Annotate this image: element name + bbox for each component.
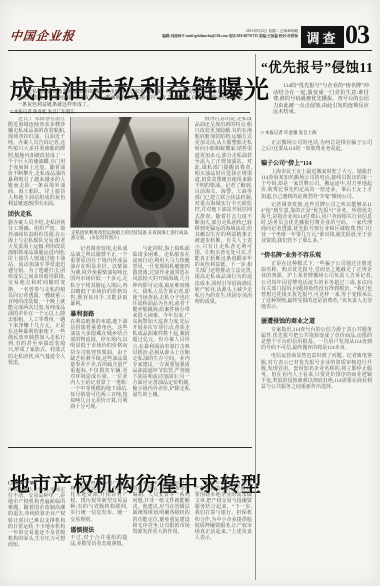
photo-credit: (本报资料图片) (90, 235, 119, 240)
section-divider-rule (8, 447, 252, 448)
right-paragraph: 正是在这种模式下,一些骗子公司通过注册近似名称、购买优先报号,堂而皇之地截走了正… (261, 262, 372, 311)
main-article-body: 近日,广东海警在湛江附近海域连续查获多艘涉嫌走私成品油的改装船舶,现场查扣红油、… (8, 117, 252, 445)
photo-caption: 走私团伙利用改装运油船上的过驳设备,在夜间海上进行成品油交易。 (本报资料图片) (71, 230, 188, 241)
header-info: 2011年8月2日 星期二 总第4656期 编辑:刘凌林 E-mail:qybd… (160, 29, 298, 39)
right-subhead-3: 屡遭侵蚀的商业之道 (261, 316, 372, 325)
right-paragraph: 正宗搬场公司的电话,为何总是排在骗子公司之后?这要从114的一项收费业务说起。 (261, 141, 372, 153)
article-photo (71, 117, 188, 227)
bottom-col-1: (上接第一版) 产权市场人士指出,市场定位不清、交易品种单一,是地市产权机构普遍… (8, 481, 65, 580)
main-col1-text-a: 近日,广东海警在湛江附近海域连续查获多艘涉嫌走私成品油的改装船舶,现场查扣红油、… (8, 117, 65, 207)
bottom-article-body: (上接第一版) 产权市场人士指出,市场定位不清、交易品种单一,是地市产权机构普遍… (8, 481, 252, 580)
header-contacts: 编辑:刘凌林 E-mail:qybdiaocha@126.com 电话:010-… (160, 34, 298, 39)
bottom-col-4: 业内专家则认为,地市产权机构的出路在于服务,要围绕本地企业的需求做文章,把产权交… (195, 481, 252, 580)
main-col2-text-a: 记者调查发现,走私成品油之所以屡禁不止,一个重要原因在于境内外成品油存在明显差价… (70, 247, 127, 307)
page-number: 03 (345, 20, 369, 50)
photo-caption-text: 走私团伙利用改装运油船上的过驳设备,在夜间海上进行成品油交易。 (71, 230, 188, 240)
right-paragraph: 记者调查发现,这些冒牌公司之所以能够从114“抢”到生意,靠的正是“优先报号”业… (261, 203, 372, 246)
right-paragraph: 电信运营商显然也意识到了问题。记者致电客服,对方表示已对优先报号企业的资质审核进… (261, 354, 372, 391)
main-subhead-2: 暴利套路 (70, 312, 127, 318)
main-col1-text-b: 据办案人员介绍,走私团伙分工明确、组织严密。境外油商负责组织货源,在公海上与走私… (8, 221, 65, 366)
continued-from-page-one: (上接第一版) (8, 481, 65, 487)
right-subhead-2: “傍名牌”业务不容乐观 (261, 250, 372, 259)
main-col-1: 近日,广东海警在湛江附近海域连续查获多艘涉嫌走私成品油的改装船舶,现场查扣红油、… (8, 117, 65, 445)
bottom-col-2: 面对困境,各地产权机构纷纷尝试转型。有的依托本地资源,开拓农村产权、排污权等新型… (70, 481, 127, 580)
right-subhead-1: 骗子公司“傍上”114 (261, 158, 372, 167)
main-subhead-1: 团伙走私 (8, 212, 65, 218)
bottom-col2-text-a: 面对困境,各地产权机构纷纷尝试转型。有的依托本地资源,开拓农村产权、排污权等新型… (70, 481, 127, 523)
right-article: “优先报号”侵蚀114 114的“优先报号”与企业的“傍名牌”冲动结合在一起,演… (261, 56, 372, 580)
vertical-divider-rule (255, 54, 256, 580)
newspaper-page: 中国企业报 2011年8月2日 星期二 总第4656期 编辑:刘凌林 E-mai… (0, 0, 380, 586)
bottom-col-3: 某地市产权交易中心负责人坦言,机构改革牵涉编制、人员安置等一系列问题,并非一纸文… (133, 481, 190, 580)
section-label: 调查 (301, 26, 344, 48)
bottom-subhead: 谨慎提法 (70, 528, 127, 534)
right-article-headline: “优先报号”侵蚀114 (261, 56, 372, 76)
right-paragraph: 上海市民王女士最近搬家时吃了大亏。她拨打114查询某知名搬场公司的电话,接线员报… (261, 170, 372, 200)
masthead-logo: 中国企业报 (9, 27, 76, 44)
right-article-lede: 114的“优先报号”与企业的“傍名牌”冲动结合在一起,演变成一门竞价生意:谁付费… (261, 83, 372, 116)
main-col2-text-b: 在利益链条的末端,地下油站扮演着重要角色。这些油站大多隐藏在城乡结合部的物流园、… (70, 320, 127, 410)
right-article-byline: □ 本报记者 许意强 发自上海 (261, 130, 372, 136)
bottom-col1-text: 产权市场人士指出,市场定位不清、交易品种单一,是地市产权机构普遍面临的难题。随着… (8, 488, 65, 548)
right-paragraph: 专家指出,114查号台的公信力源于其公共服务属性,优先报号把公共资源变成了竞价商… (261, 328, 372, 352)
main-col-4: 值得注意的是,走私成品油还呈现出新的特点:船只改装更加隐蔽,有的在渔船底舱加装暗… (195, 117, 252, 445)
header-rule (8, 50, 372, 51)
bottom-col2-text-b: 不过,对于合并重组的提法,多数受访者态度谨慎。 (70, 536, 127, 547)
main-article-byline: □ 本报记者 陈青松 发自广东湛江 (10, 109, 75, 115)
